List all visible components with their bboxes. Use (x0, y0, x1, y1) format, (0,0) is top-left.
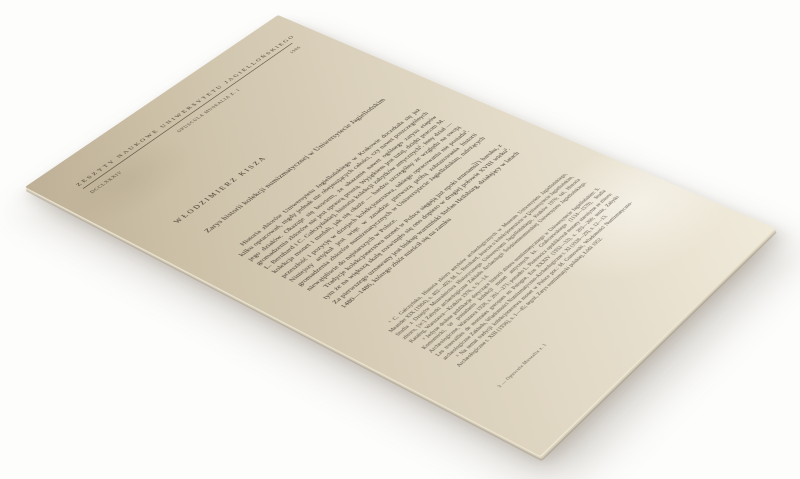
masthead-subline: DCCLXXXIV OPUSCULA MUSEALIA Z. 1 1986 (90, 46, 303, 194)
masthead: ZESZYTY NAUKOWE UNIWERSYTETU JAGIELLOŃSK… (75, 39, 303, 194)
photo-background: ZESZYTY NAUKOWE UNIWERSYTETU JAGIELLOŃSK… (0, 0, 800, 479)
printer-signature: 3 — Opuscula Musealia z. 1 (496, 342, 548, 388)
masthead-rule (82, 43, 292, 189)
author-name: WŁODZIMIERZ KISZA (172, 155, 269, 225)
publication-year: 1986 (289, 46, 302, 54)
paper-sheet: ZESZYTY NAUKOWE UNIWERSYTETU JAGIELLOŃSK… (25, 15, 775, 456)
